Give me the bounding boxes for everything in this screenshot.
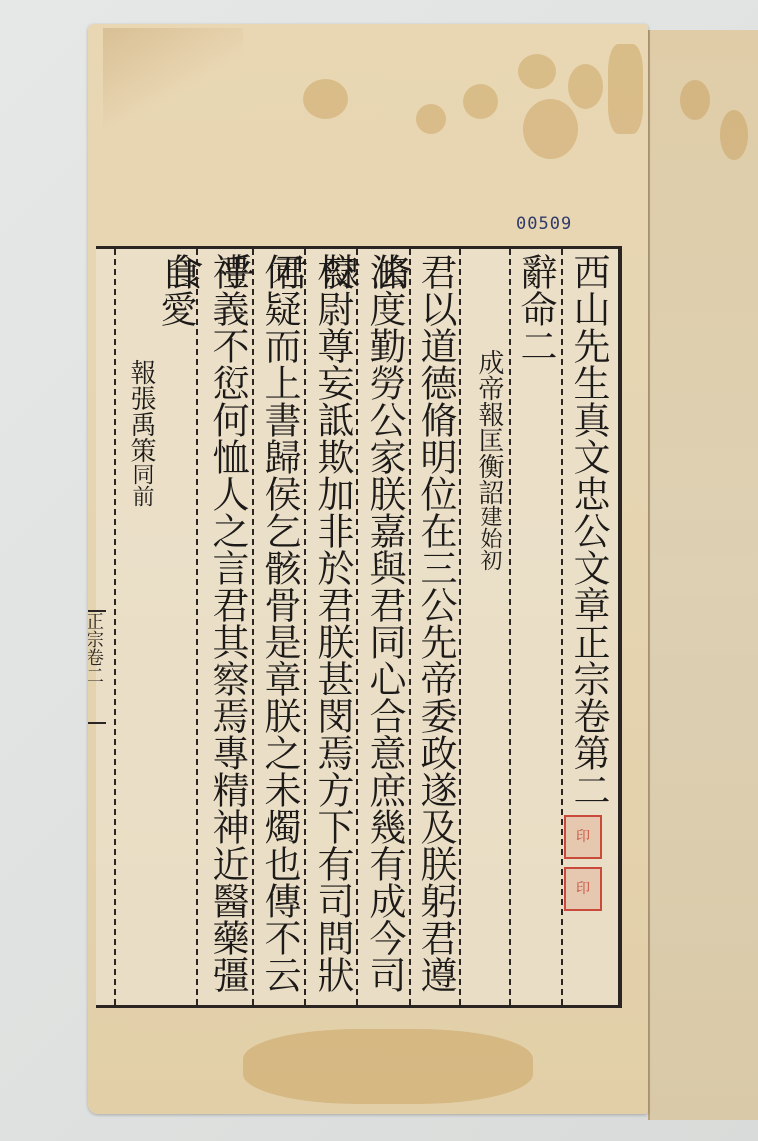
water-stain: [416, 104, 446, 134]
column-rule: [304, 249, 306, 1005]
column-rule: [252, 249, 254, 1005]
facing-page: [648, 30, 758, 1120]
book-title: 西山先生真文忠公文章正宗卷第二: [565, 253, 611, 808]
text-column: 法度勤勞公家朕嘉與君同心合意庶幾有成今司隸: [361, 253, 407, 1005]
entry-title: 報張禹策同前: [118, 359, 164, 507]
column-rule: [356, 249, 358, 1005]
column-rule: [114, 249, 116, 1005]
water-stain: [518, 54, 556, 89]
water-stain: [523, 99, 578, 159]
text-column: 禮義不愆何恤人之言君其察焉專精神近醫藥彊食: [204, 253, 250, 1005]
section-heading: 辭命二: [512, 253, 558, 364]
water-stain: [463, 84, 498, 119]
water-stain: [680, 80, 710, 120]
text-column: 何疑而上書歸侯乞骸骨是章朕之未燭也傳不云乎: [256, 253, 302, 1005]
water-stain: [608, 44, 643, 134]
column-rule: [196, 249, 198, 1005]
column-rule: [459, 249, 461, 1005]
red-seal-icon: 印: [564, 815, 602, 859]
water-stain: [303, 79, 348, 119]
column-rule: [561, 249, 563, 1005]
water-stain: [720, 110, 748, 160]
entry-title: 成帝報匡衡詔建始初: [466, 349, 512, 571]
entry-title-text: 報張禹策: [126, 359, 156, 463]
margin-label: 正宗卷二: [88, 610, 106, 724]
entry-title-text: 成帝報匡衡詔: [474, 349, 504, 505]
text-column: 校尉尊妄詆欺加非於君朕甚閔焉方下有司問狀君: [309, 253, 355, 1005]
entry-note: 建始初: [477, 505, 502, 571]
serial-stamp: 00509: [516, 214, 572, 234]
print-frame: 西山先生真文忠公文章正宗卷第二 辭命二 成帝報匡衡詔建始初 君以道德脩明位在三公…: [96, 246, 622, 1008]
text-column: 君以道德脩明位在三公先帝委政遂及朕躬君遵脩: [412, 253, 458, 1005]
water-stain: [243, 1029, 533, 1104]
entry-note: 同前: [129, 463, 154, 507]
red-seal-icon: 印: [564, 867, 602, 911]
water-stain: [568, 64, 603, 109]
folded-corner: [103, 28, 243, 128]
column-rule: [409, 249, 411, 1005]
text-column: 自愛: [152, 253, 198, 327]
